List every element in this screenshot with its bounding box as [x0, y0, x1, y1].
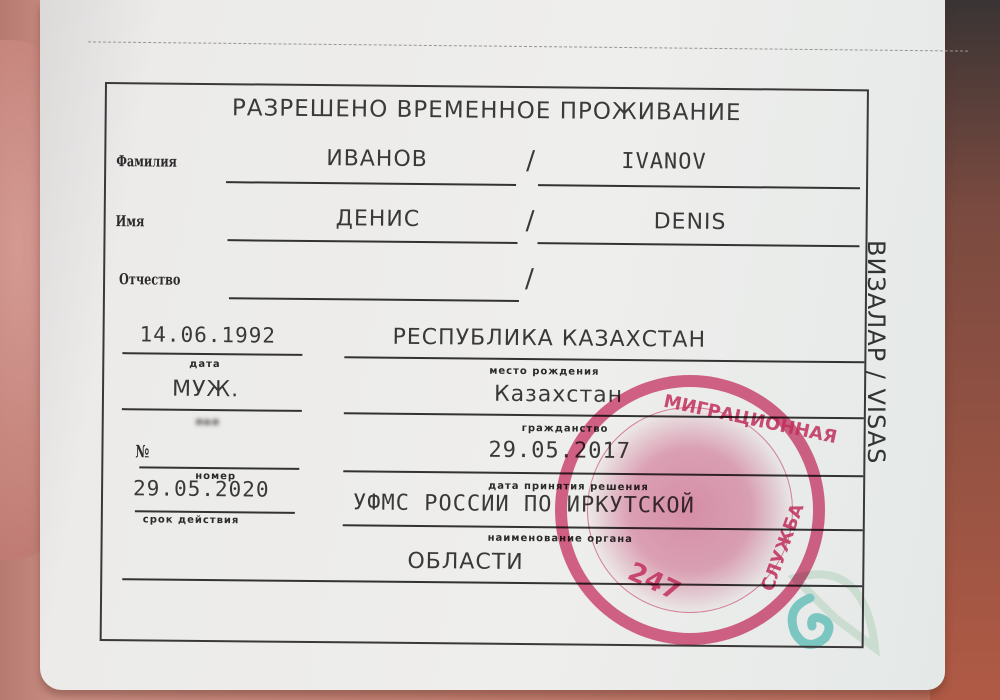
- name-label: Имя: [116, 212, 145, 230]
- valid-until-value: 29.05.2020: [133, 476, 270, 501]
- name-ru-value: ДЕНИС: [336, 206, 421, 232]
- birth-date-value: 14.06.1992: [139, 322, 276, 347]
- patronymic-label: Отчество: [119, 270, 180, 289]
- number-line: [139, 466, 299, 470]
- number-label: №: [135, 442, 149, 462]
- surname-ru-line: [226, 181, 516, 186]
- surname-label: Фамилия: [116, 152, 177, 171]
- birth-date-caption: дата: [189, 359, 220, 370]
- surname-en-line: [538, 184, 860, 189]
- sex-value: МУЖ.: [172, 377, 239, 403]
- valid-until-line: [135, 510, 295, 514]
- citizenship-value: Казахстан: [494, 382, 623, 408]
- birth-place-caption: место рождения: [489, 366, 599, 378]
- surname-ru-value: ИВАНОВ: [326, 146, 428, 172]
- patronymic-line: [229, 297, 519, 302]
- document-title: РАЗРЕШЕНО ВРЕМЕННОЕ ПРОЖИВАНИЕ: [107, 94, 867, 127]
- birth-place-line: [344, 356, 864, 363]
- name-ru-line: [227, 239, 517, 244]
- valid-until-caption: срок действия: [143, 514, 240, 526]
- surname-en-value: IVANOV: [621, 149, 707, 175]
- name-en-line: [537, 242, 859, 247]
- migration-service-stamp: МИГРАЦИОННАЯ СЛУЖБА 247: [555, 375, 825, 645]
- birth-place-value: РЕСПУБЛИКА КАЗАХСТАН: [392, 325, 706, 353]
- name-en-value: DENIS: [654, 209, 727, 235]
- sex-caption: пол: [196, 417, 220, 428]
- perforation-line: [88, 41, 968, 51]
- authority-value-line2: ОБЛАСТИ: [407, 549, 524, 575]
- sex-line: [122, 408, 302, 412]
- visas-side-label: ВИЗАЛАР / VISAS: [862, 240, 890, 464]
- name-separator: /: [526, 206, 535, 236]
- birth-date-line: [122, 352, 302, 356]
- patronymic-separator: /: [525, 264, 534, 294]
- surname-separator: /: [526, 146, 535, 176]
